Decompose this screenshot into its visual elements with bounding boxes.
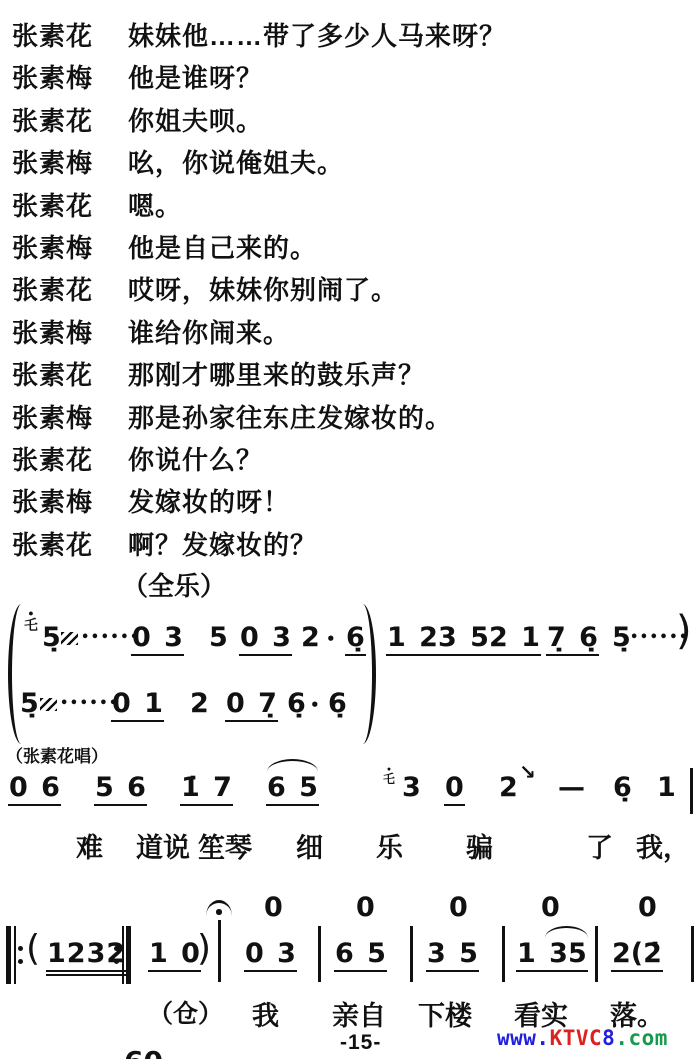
note-group: 5 6 <box>94 772 147 806</box>
banshi-marker-icon: ● 乇 <box>383 766 395 785</box>
dialogue-row: 张素花哎呀，妹妹你别闹了。 <box>12 270 692 312</box>
note: 3 <box>402 772 421 804</box>
dialogue-row: 张素梅发嫁妆的呀！ <box>12 482 692 524</box>
dialogue-text: 他是谁呀？ <box>128 58 263 95</box>
watermark-8: 8 <box>602 1026 615 1050</box>
dialogue-text: 你姐夫呗。 <box>128 101 263 138</box>
speaker-name: 张素花 <box>12 355 98 392</box>
speaker-name: 张素花 <box>12 525 98 562</box>
banshi-bottom: 乇 <box>24 618 38 632</box>
note: 6̣ <box>328 688 347 720</box>
rest-zero: 0 <box>541 892 560 924</box>
note-group: 0 6 <box>8 772 61 806</box>
lyric: 亲自 <box>332 994 386 1033</box>
dialogue-row: 张素梅他是自己来的。 <box>12 228 692 270</box>
barline <box>595 926 598 982</box>
lyric: 乐 <box>376 826 403 865</box>
page-number: -15- <box>340 1031 381 1055</box>
rest-zero: 0 <box>264 892 283 924</box>
note-group: 2(2̇ <box>611 938 663 972</box>
dialogue-text: 妹妹他……带了多少人马来呀？ <box>128 16 506 53</box>
dialogue-row: 张素梅吆，你说俺姐夫。 <box>12 143 692 185</box>
opening-paren: ( <box>26 928 40 969</box>
dialogue-section: 张素花妹妹他……带了多少人马来呀？ 张素梅他是谁呀？ 张素花你姐夫呗。 张素梅吆… <box>12 16 692 567</box>
dialogue-row: 张素花你说什么？ <box>12 440 692 482</box>
dialogue-text: 啊？发嫁妆的？ <box>128 525 317 562</box>
lyric: 细 <box>296 826 323 865</box>
note-group: 0 7̣ <box>225 688 278 722</box>
lyric: 我 <box>252 994 279 1033</box>
dialogue-row: 张素花那刚才哪里来的鼓乐声？ <box>12 355 692 397</box>
repeat-bar <box>126 926 131 984</box>
closing-paren: ) <box>197 928 211 969</box>
percussion-syllable: （仓） <box>148 994 223 1030</box>
opera-score-page: 张素花妹妹他……带了多少人马来呀？ 张素梅他是谁呀？ 张素花你姐夫呗。 张素梅吆… <box>0 0 700 1059</box>
note: 2 <box>499 772 518 804</box>
watermark-com: .com <box>615 1026 668 1050</box>
lyric: 我， <box>636 826 690 865</box>
note: 5̣ <box>612 622 631 654</box>
note-group: 3 5 <box>426 938 479 972</box>
note-group: 1̇ 7 <box>180 772 233 806</box>
speaker-name: 张素梅 <box>12 482 98 519</box>
banshi-marker-icon: ● 乇 <box>24 609 38 632</box>
augmentation-dot: • <box>326 630 336 648</box>
note-group-slurred: 1 35 <box>516 938 588 972</box>
speaker-name: 张素花 <box>12 270 98 307</box>
dialogue-text: 吆，你说俺姐夫。 <box>128 143 344 180</box>
downward-slide-icon: ↘ <box>519 760 536 784</box>
tremolo-icon <box>61 632 78 645</box>
cutoff-glyph: 60 <box>124 1045 176 1059</box>
note: 5̣ <box>42 622 61 654</box>
note-group: 3 5 <box>437 622 490 656</box>
dialogue-text: 他是自己来的。 <box>128 228 317 265</box>
speaker-name: 张素梅 <box>12 58 98 95</box>
fermata-dot-icon <box>216 909 222 915</box>
barline <box>691 926 694 982</box>
repeat-dots <box>18 946 23 964</box>
barline <box>690 768 693 814</box>
lyric: 笙琴 <box>198 826 252 865</box>
note-group: 2 1 <box>488 622 541 656</box>
dialogue-text: 那是孙家往东庄发嫁妆的。 <box>128 398 452 435</box>
repeat-bar <box>122 926 124 984</box>
repeat-dots <box>114 946 119 964</box>
speaker-name: 张素花 <box>12 440 98 477</box>
dialogue-row: 张素花嗯。 <box>12 186 692 228</box>
dialogue-text: 谁给你闹来。 <box>128 313 290 350</box>
banshi-bottom: 乇 <box>383 773 395 785</box>
dialogue-text: 那刚才哪里来的鼓乐声？ <box>128 355 425 392</box>
dialogue-row: 张素梅那是孙家往东庄发嫁妆的。 <box>12 398 692 440</box>
speaker-name: 张素梅 <box>12 313 98 350</box>
closing-paren: ) <box>676 608 692 654</box>
dialogue-text: 发嫁妆的呀！ <box>128 482 290 519</box>
dialogue-text: 嗯。 <box>128 186 182 223</box>
note-group-slurred: 6 5 <box>266 772 319 806</box>
speaker-name: 张素花 <box>12 186 98 223</box>
barline <box>318 926 321 982</box>
note: 1 <box>657 772 676 804</box>
note-group: 0 1 <box>111 688 164 722</box>
barline-with-fermata <box>218 920 221 982</box>
watermark-www: www. <box>497 1026 550 1050</box>
note-group: 0 3 <box>239 622 292 656</box>
note: 5̣ <box>20 688 39 720</box>
barline <box>410 926 413 982</box>
dialogue-row: 张素梅谁给你闹来。 <box>12 313 692 355</box>
rest-zero: 0 <box>638 892 657 924</box>
note-group: 7̣ 6̣ <box>546 622 599 656</box>
watermark-ktvc: KTVC <box>550 1026 603 1050</box>
instrumental-system: ● 乇 5̣ •••••• 0 3 5 0 3 2 • 6̣ 1 2 3 5 2… <box>0 600 700 750</box>
note: 5 <box>209 622 228 654</box>
repeat-open-icon <box>6 926 23 984</box>
lyric: 骗 <box>466 826 493 865</box>
note: 6̣ <box>287 688 306 720</box>
note-group: 1 0 <box>148 938 201 972</box>
lyric: 道说 <box>136 826 190 865</box>
note: 6̣ <box>613 772 632 804</box>
tremolo-icon <box>40 698 57 711</box>
dialogue-text: 哎呀，妹妹你别闹了。 <box>128 270 398 307</box>
repeat-bar <box>6 926 11 984</box>
speaker-name: 张素花 <box>12 101 98 138</box>
repeat-close-icon <box>114 926 131 984</box>
lyric: 难 <box>76 826 103 865</box>
singer-label: （张素花唱） <box>6 742 108 767</box>
barline <box>502 926 505 982</box>
note-group: 1 2 <box>386 622 439 656</box>
rest-zero: 0 <box>449 892 468 924</box>
dialogue-row: 张素花啊？发嫁妆的？ <box>12 525 692 567</box>
note: 2 <box>301 622 320 654</box>
speaker-name: 张素梅 <box>12 398 98 435</box>
system-brace-close-icon <box>357 604 376 744</box>
note-group: 6 5 <box>334 938 387 972</box>
speaker-name: 张素梅 <box>12 143 98 180</box>
note-group: 0 3 <box>244 938 297 972</box>
note: 0 <box>444 772 465 806</box>
lyric: 下楼 <box>418 994 472 1033</box>
extension-dash: — <box>558 772 585 804</box>
repeat-bar <box>14 926 16 984</box>
dialogue-row: 张素花妹妹他……带了多少人马来呀？ <box>12 16 692 58</box>
dialogue-text: 你说什么？ <box>128 440 263 477</box>
note: 2 <box>190 688 209 720</box>
vocal-line: （张素花唱） 0 6 5 6 1̇ 7 6 5 ● 乇 3 0 2 ↘ — 6̣… <box>0 742 700 872</box>
watermark: www.KTVC8.com <box>497 1026 668 1050</box>
note-group: 0 3 <box>131 622 184 656</box>
lyric: 了 <box>586 826 613 865</box>
rest-zero: 0 <box>356 892 375 924</box>
dialogue-row: 张素梅他是谁呀？ <box>12 58 692 100</box>
speaker-name: 张素花 <box>12 16 98 53</box>
speaker-name: 张素梅 <box>12 228 98 265</box>
bottom-system: 0 0 0 0 0 ( 1232 1 0 ) 0 3 6 5 3 5 1 35 … <box>0 880 700 1035</box>
section-label-quanyue: （全乐） <box>122 566 226 603</box>
dialogue-row: 张素花你姐夫呗。 <box>12 101 692 143</box>
augmentation-dot: • <box>310 696 320 714</box>
